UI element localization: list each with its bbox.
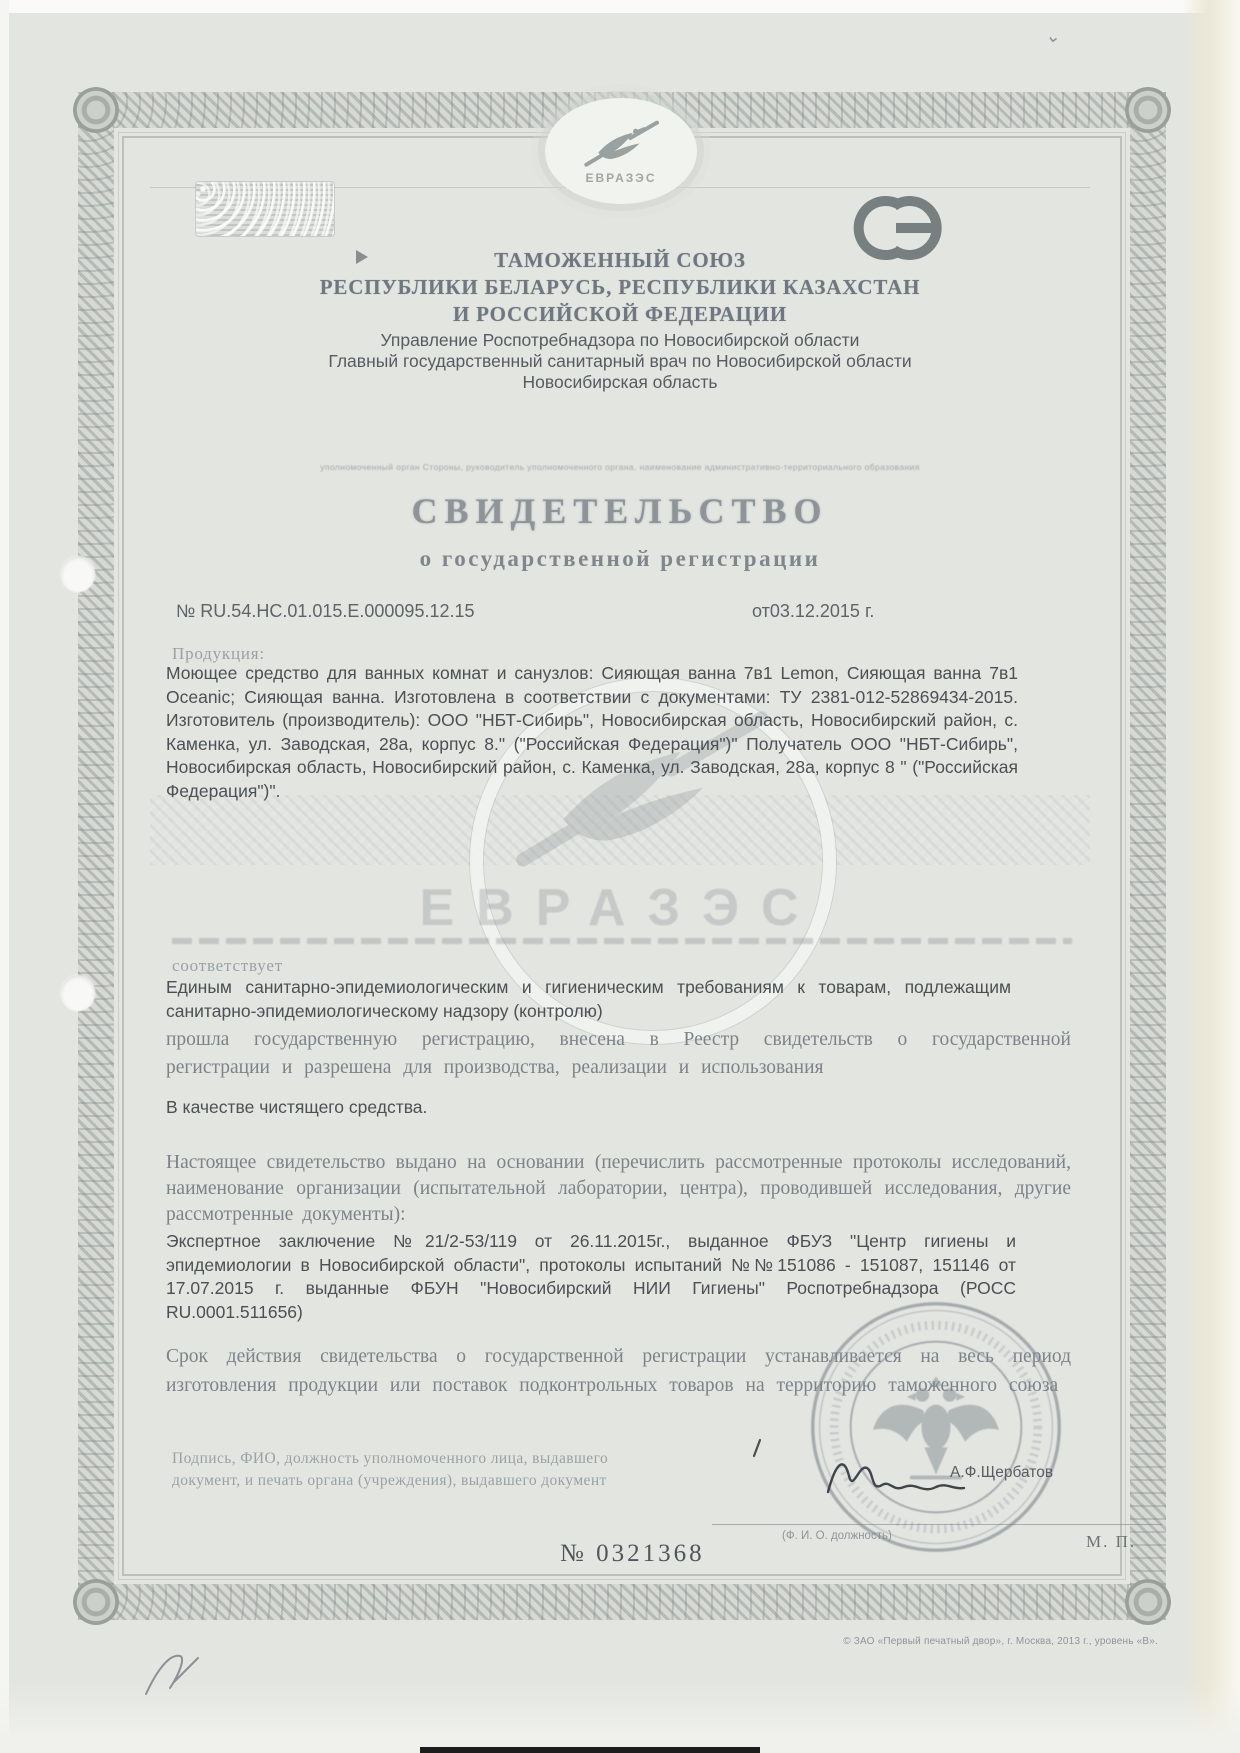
swallow-bird-icon (581, 118, 661, 170)
border-band-right (1130, 92, 1166, 1620)
eurasec-emblem: ЕВРАЗЭС (545, 98, 697, 204)
product-description: Моющее средство для ванных комнат и сану… (166, 662, 1018, 803)
product-label: Продукция: (172, 644, 265, 664)
border-rosette (73, 1579, 119, 1625)
header-union-line3: И РОССИЙСКОЙ ФЕДЕРАЦИИ (150, 302, 1090, 327)
stamp-place-note: М. П. (1086, 1532, 1136, 1552)
registration-statement: прошла государственную регистрацию, внес… (166, 1026, 1071, 1082)
scan-edge-right (1182, 0, 1240, 1753)
scan-edge-top (0, 0, 1240, 13)
illegible-form-line (172, 938, 1072, 944)
signer-name: А.Ф.Щербатов (950, 1464, 1053, 1482)
usage-statement: В качестве чистящего средства. (166, 1096, 1018, 1120)
watermark-text: ЕВРАЗЭС (150, 878, 1090, 938)
certificate-title: СВИДЕТЕЛЬСТВО (150, 490, 1090, 532)
signature-label: Подпись, ФИО, должность уполномоченного … (172, 1448, 642, 1492)
conformity-label: соответствует (172, 956, 283, 976)
certificate-subtitle: о государственной регистрации (150, 546, 1090, 572)
pen-tick-mark (750, 1438, 764, 1458)
border-rosette (1125, 87, 1171, 133)
scan-edge-left (0, 0, 9, 1753)
pen-check-mark: ⌄ (1045, 25, 1063, 48)
registration-date: от03.12.2015 г. (752, 601, 874, 622)
border-band-bottom (78, 1584, 1166, 1620)
blank-serial-number: № 0321368 (560, 1540, 705, 1568)
conformity-text: Единым санитарно-эпидемиологическим и ги… (166, 976, 1011, 1023)
official-round-stamp (805, 1296, 1067, 1558)
pen-scribble (140, 1648, 204, 1700)
header-authority-line1: Управление Роспотребнадзора по Новосибир… (150, 330, 1090, 351)
border-rosette (1125, 1579, 1171, 1625)
basis-preprinted: Настоящее свидетельство выдано на основа… (166, 1150, 1071, 1228)
hole-punch (61, 975, 95, 1011)
header-union-line2: РЕСПУБЛИКИ БЕЛАРУСЬ, РЕСПУБЛИКИ КАЗАХСТА… (150, 275, 1090, 300)
security-hologram-pattern (196, 182, 334, 236)
scanner-bar-artifact (420, 1747, 760, 1753)
border-band-left (78, 92, 114, 1620)
hole-punch (61, 556, 95, 592)
certificate-scan: ЕВРАЗЭС ТАМОЖЕННЫЙ СОЮЗ РЕСПУБЛИКИ БЕЛАР… (0, 0, 1240, 1753)
header-authority-line2: Главный государственный санитарный врач … (150, 351, 1090, 372)
border-rosette (73, 87, 119, 133)
printer-imprint: © ЗАО «Первый печатный двор», г. Москва,… (843, 1636, 1158, 1647)
registration-number: № RU.54.НС.01.015.Е.000095.12.15 (176, 601, 475, 622)
header-union-line1: ТАМОЖЕННЫЙ СОЮЗ (150, 248, 1090, 273)
authority-footnote: уполномоченный орган Стороны, руководите… (150, 462, 1090, 472)
header-authority-line3: Новосибирская область (150, 372, 1090, 393)
signature-stroke (824, 1446, 969, 1508)
eurasec-emblem-label: ЕВРАЗЭС (585, 171, 656, 185)
